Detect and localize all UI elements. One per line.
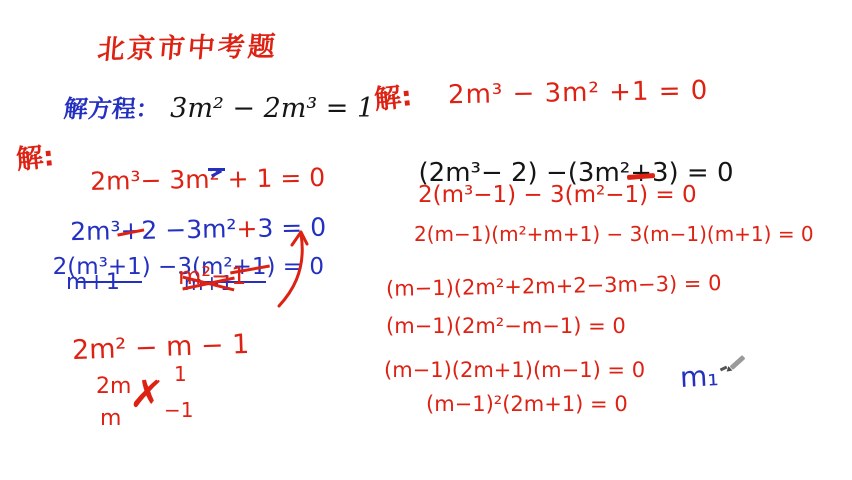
left-solution-label: 解:	[14, 134, 56, 177]
cross-bottom-left: m	[100, 406, 121, 431]
right-line-5: (m−1)(2m²+2m+2−3m−3) = 0	[386, 271, 722, 301]
factor-note-2: m+1 m²−1	[178, 262, 188, 319]
right-line-3: 2(m³−1) − 3(m²−1) = 0	[418, 182, 697, 208]
cross-top-left: 2m	[96, 374, 131, 399]
right-solution-label: 解:	[372, 74, 414, 117]
red-correction-note: m²−1	[178, 262, 246, 290]
right-line-1: 2m³ − 3m² +1 = 0	[448, 76, 709, 111]
right-line-7: (m−1)(2m+1)(m−1) = 0	[384, 358, 645, 382]
exam-title: 北京市中考题	[96, 24, 280, 66]
factor-note-1: m+1	[66, 270, 120, 295]
curved-arrow-icon	[274, 226, 318, 310]
whiteboard-canvas: { "colors": { "red": "#dd2214", "blue": …	[0, 0, 852, 480]
right-line-4: 2(m−1)(m²+m+1) − 3(m−1)(m+1) = 0	[414, 222, 814, 246]
right-line-8: (m−1)²(2m+1) = 0	[426, 392, 628, 416]
root-label-m1: m₁	[679, 359, 719, 394]
problem-label: 解方程：	[63, 89, 162, 124]
pencil-cursor-icon	[716, 352, 750, 382]
cross-multiply-icon: ✗	[128, 370, 166, 419]
right-line-6: (m−1)(2m²−m−1) = 0	[386, 314, 626, 338]
problem-statement: 解方程：3m² − 2m³ = 1	[54, 70, 374, 124]
quadratic-expression: 2m² − m − 1	[72, 329, 250, 366]
blue-correction-mark	[208, 168, 226, 180]
problem-equation: 3m² − 2m³ = 1	[170, 93, 374, 124]
pencil-body	[730, 355, 746, 370]
right-line-2: (2m³− 2) −(3m²+3) = 0	[402, 128, 734, 188]
cross-bottom-right: −1	[164, 398, 193, 422]
cross-multiplication: 2m m ✗ 1 −1	[90, 364, 210, 436]
cross-top-right: 1	[174, 362, 187, 386]
